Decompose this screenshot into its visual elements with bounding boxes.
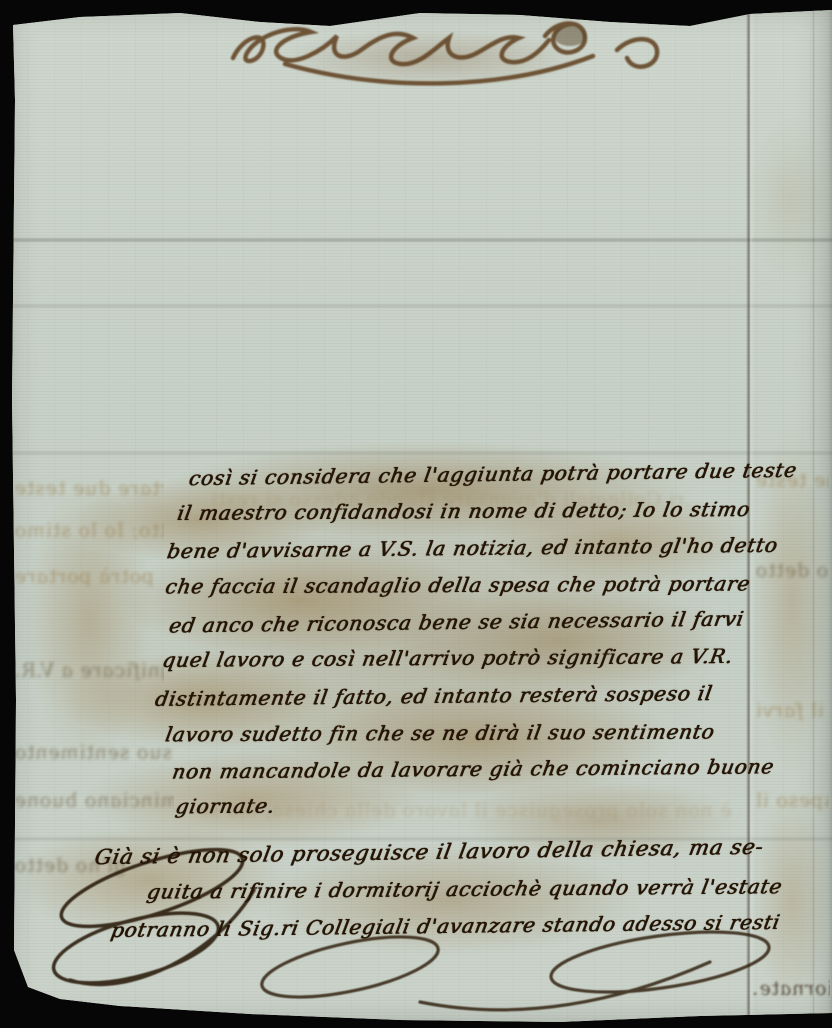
bleedthrough-line: lavoro sudetto fin che se ne dirà il suo… — [14, 742, 174, 764]
manuscript-line: quel lavoro e così nell'arrivo potrò sig… — [161, 644, 736, 672]
ink-bleedthrough-text: così si considera che l'aggiunta potrà p… — [14, 478, 164, 504]
manuscript-line: che faccia il scandaglio della spesa che… — [164, 571, 753, 598]
ink-bleedthrough-text: lavoro sudetto fin che se ne dirà il suo… — [14, 742, 174, 768]
faded-inscription-flourish — [225, 6, 675, 88]
manuscript-line: così si considera che l'aggiunta potrà p… — [187, 458, 799, 490]
ink-bleedthrough-text: distintamente il fatto, ed intanto reste… — [755, 790, 829, 816]
bleedthrough-line: distintamente il fatto, ed intanto reste… — [755, 790, 829, 812]
bleedthrough-line: ed anco che riconosca bene se sia necess… — [755, 700, 829, 722]
manuscript-line: Già si è non solo proseguisce il lavoro … — [93, 835, 766, 869]
bleedthrough-line: il maestro confidandosi in nome di detto… — [14, 520, 164, 542]
scan-background: così si considera che l'aggiunta potrà p… — [0, 0, 832, 1028]
manuscript-line: non mancandole da lavorare già che comin… — [171, 754, 777, 783]
ink-bleedthrough-text: giornate. — [752, 978, 830, 1002]
manuscript-line: giornate. — [174, 794, 277, 819]
manuscript-line: lavoro sudetto fin che se ne dirà il suo… — [164, 720, 717, 747]
manuscript-line: potranno li Sig.ri Collegiali d'avanzare… — [109, 910, 782, 942]
ink-bleedthrough-text: che faccia il scandaglio della spesa che… — [14, 566, 154, 592]
manuscript-line: guita a rifinire i dormitorij acciochè q… — [145, 874, 784, 904]
ink-bleedthrough-text: bene d'avvisarne a V.S. la notizia, ed i… — [755, 560, 829, 586]
bleedthrough-line: bene d'avvisarne a V.S. la notizia, ed i… — [755, 560, 829, 582]
bleedthrough-line: non mancandole da lavorare già che comin… — [14, 790, 174, 812]
ink-bleedthrough-text: ed anco che riconosca bene se sia necess… — [755, 700, 829, 726]
ink-bleedthrough-text: quel lavoro e così nell'arrivo potrò sig… — [14, 660, 164, 686]
bleedthrough-line: giornate. — [752, 978, 830, 1000]
bleedthrough-line: che faccia il scandaglio della spesa che… — [14, 566, 154, 588]
horizontal-crease — [0, 237, 832, 243]
ink-bleedthrough-text: il maestro confidandosi in nome di detto… — [14, 520, 164, 546]
manuscript-page: così si considera che l'aggiunta potrà p… — [0, 0, 832, 1028]
vertical-chain-line — [812, 0, 815, 1028]
manuscript-line: distintamente il fatto, ed intanto reste… — [154, 681, 715, 711]
bleedthrough-line: quel lavoro e così nell'arrivo potrò sig… — [14, 660, 164, 682]
manuscript-line: ed anco che riconosca bene se sia necess… — [167, 606, 745, 637]
ink-bleedthrough-text: non mancandole da lavorare già che comin… — [14, 790, 174, 816]
horizontal-crease — [0, 450, 832, 456]
bleedthrough-line: così si considera che l'aggiunta potrà p… — [14, 478, 164, 500]
manuscript-line: bene d'avvisarne a V.S. la notizia, ed i… — [165, 533, 779, 563]
manuscript-line: il maestro confidandosi in nome di detto… — [176, 497, 753, 525]
horizontal-crease — [0, 303, 832, 309]
